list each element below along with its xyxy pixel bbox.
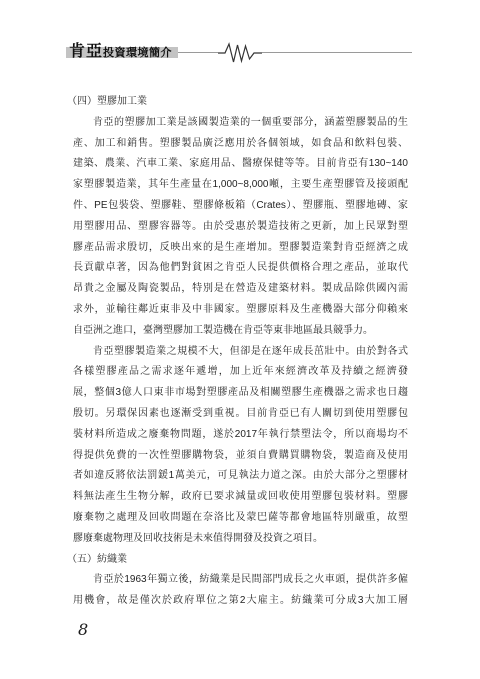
text-line: 件、PE包裝袋、塑膠鞋、塑膠條板箱（Crates）、塑膠瓶、塑膠地磚、家 [73,196,408,217]
text-line: 產、加工和銷售。塑膠製品廣泛應用於各個領域，如食品和飲料包裝、 [73,134,408,155]
text-line: 肯亞的塑膠加工業是該國製造業的一個重要部分，涵蓋塑膠製品的生 [73,113,408,134]
text-line: 膠產品需求殷切，反映出來的是生產增加。塑膠製造業對肯亞經濟之成 [73,238,408,259]
text-line: 用機會，故是僅次於政府單位之第2大雇主。紡織業可分成3大加工層 [73,591,408,612]
text-line: 建築、農業、汽車工業、家庭用品、醫療保健等等。目前肯亞有130~140 [73,154,408,175]
text-line: 昂貴之金屬及陶瓷製品，特別是在營造及建築材料。製成品除供國內需 [73,279,408,300]
text-line: （四）塑膠加工業 [67,92,408,113]
title-main: 肯亞 [69,38,103,61]
text-line: 者如違反將依法罰鍰1萬美元，可見執法力道之深。由於大部分之塑膠材 [73,466,408,487]
text-line: 展，整個3億人口東非市場對塑膠產品及相關塑膠生產機器之需求也日趨 [73,383,408,404]
text-line: 裝材料所造成之廢棄物問題，遂於2017年執行禁塑法令，所以商場均不 [73,425,408,446]
page-title: 肯亞投資環境簡介 [69,38,172,61]
text-line: 廢棄物之處理及回收問題在奈洛比及蒙巴薩等都會地區特別嚴重，故塑 [73,508,408,529]
text-line: 肯亞於1963年獨立後，紡織業是民間部門成長之火車頭，提供許多僱 [73,570,408,591]
text-line: 各樣塑膠產品之需求逐年遞增，加上近年來經濟改革及持續之經濟發 [73,362,408,383]
header-rule-left [178,52,218,53]
text-line: （五）紡織業 [67,550,408,571]
page-number: 8 [78,620,88,639]
text-line: 得提供免費的一次性塑膠購物袋，並須自費購買購物袋，製造商及使用 [73,446,408,467]
text-line: 用塑膠用品、塑膠容器等。由於受惠於製造技術之更新，加上民眾對塑 [73,217,408,238]
text-line: 膠廢棄處物理及回收技術是未來值得開發及投資之項目。 [73,529,408,550]
header-rule-right [262,52,412,53]
document-body: （四）塑膠加工業肯亞的塑膠加工業是該國製造業的一個重要部分，涵蓋塑膠製品的生產、… [73,92,408,612]
document-page: 肯亞投資環境簡介 （四）塑膠加工業肯亞的塑膠加工業是該國製造業的一個重要部分，涵… [0,0,480,679]
text-line: 殷切。另環保因素也逐漸受到重視。目前肯亞已有人關切到使用塑膠包 [73,404,408,425]
title-sub: 投資環境簡介 [103,44,172,60]
text-line: 肯亞塑膠製造業之規模不大，但卻是在逐年成長茁壯中。由於對各式 [73,342,408,363]
text-line: 求外，並輸往鄰近東非及中非國家。塑膠原料及生產機器大部分仰賴來 [73,300,408,321]
text-line: 家塑膠製造業，其年生產量在1,000~8,000噸，主要生產塑膠管及接頭配 [73,175,408,196]
text-line: 長貢獻卓著，因為他們對貧困之肯亞人民提供價格合理之產品，並取代 [73,258,408,279]
waveform-icon [218,40,262,66]
text-line: 自亞洲之進口，臺灣塑膠加工製造機在肯亞等東非地區最具競爭力。 [73,321,408,342]
text-line: 料無法產生生物分解，政府已要求減量或回收使用塑膠包裝材料。塑膠 [73,487,408,508]
